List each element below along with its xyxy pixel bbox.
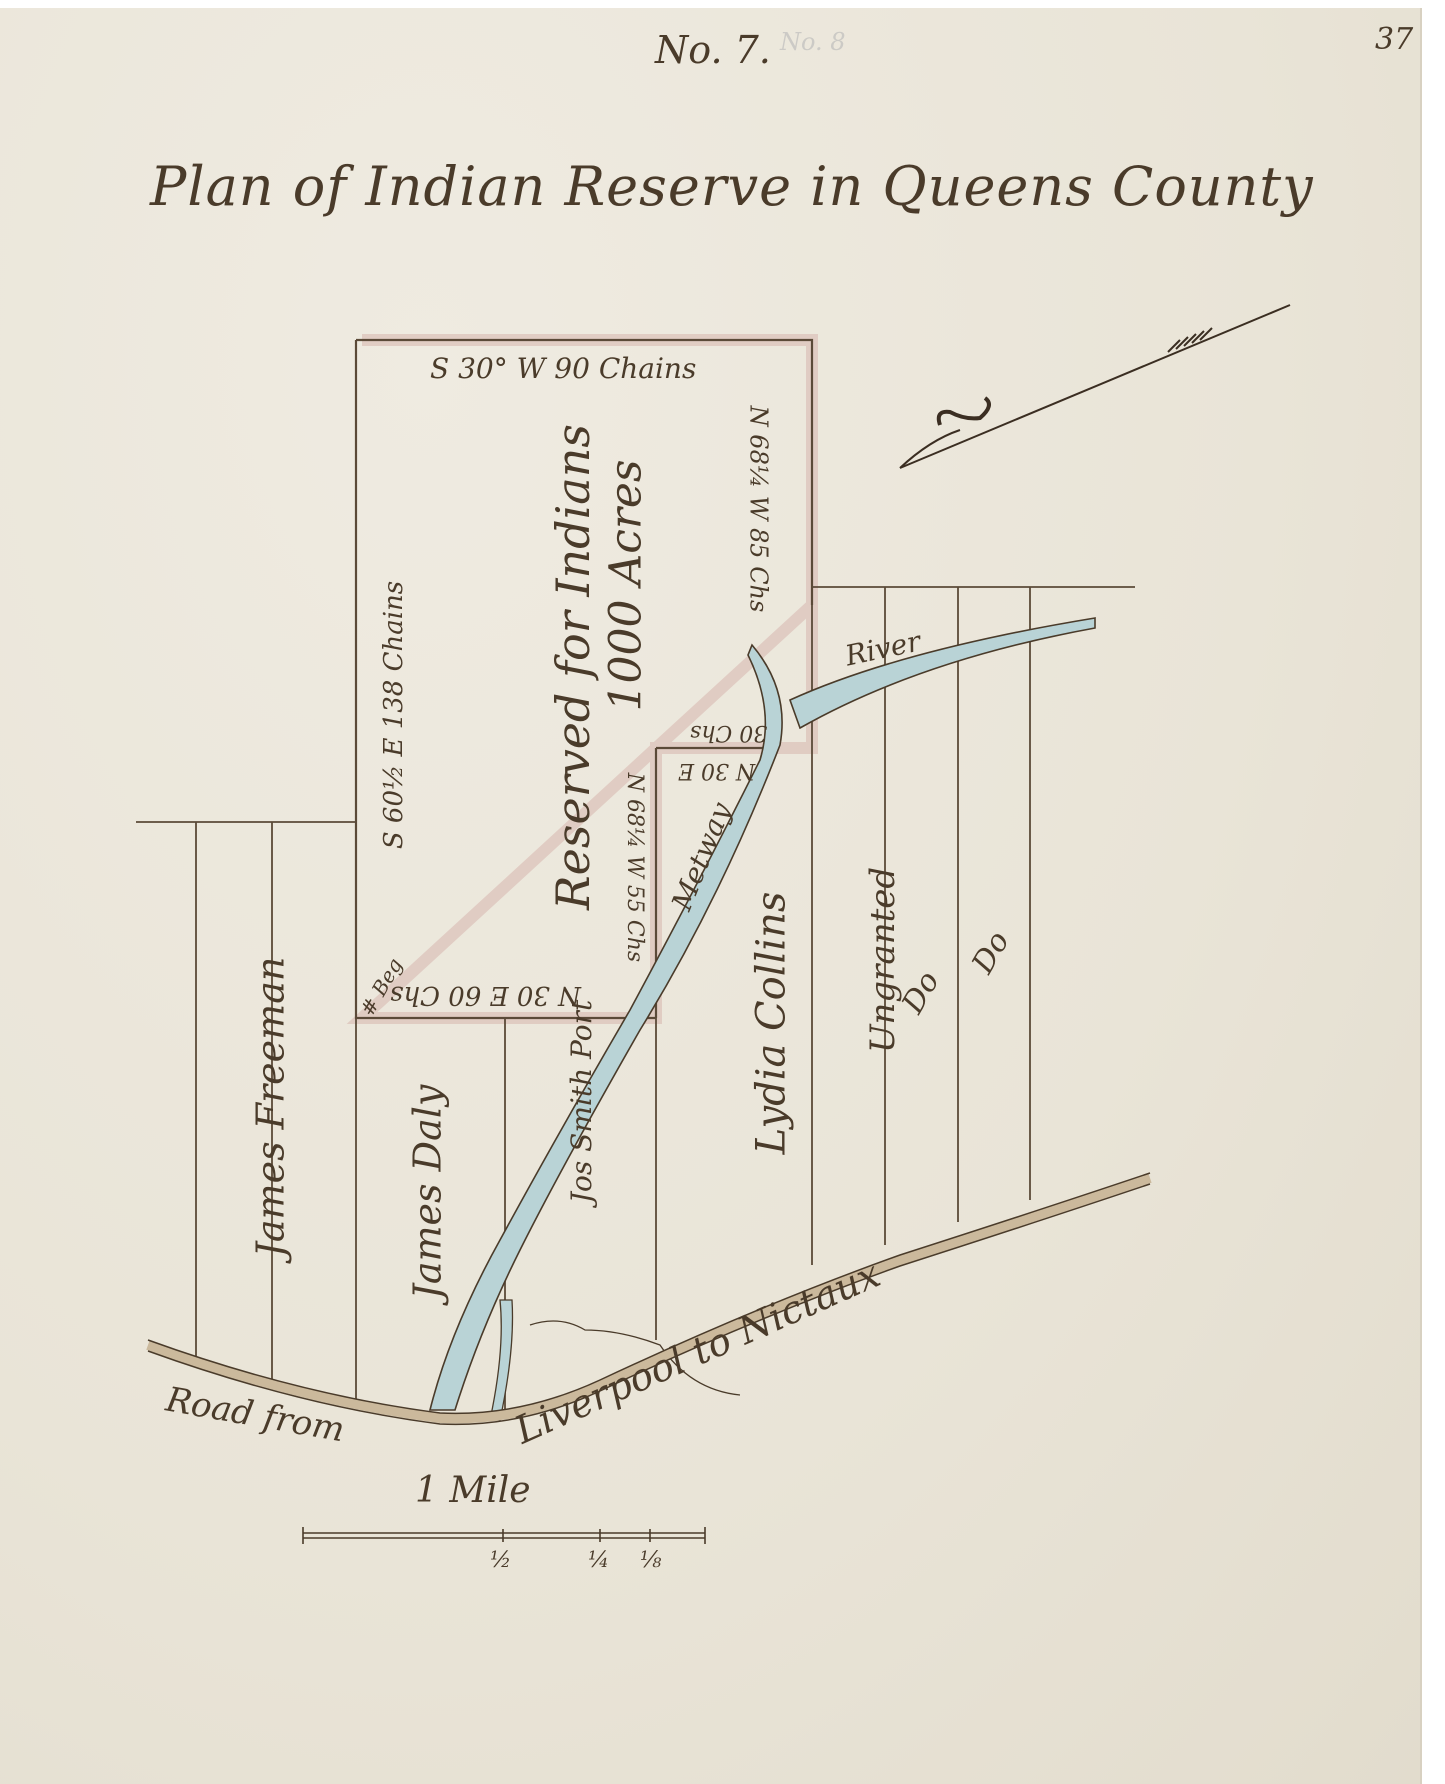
bearing-south: N 30 E 60 Chs	[390, 980, 581, 1010]
north-arrow-icon	[900, 305, 1290, 468]
scale-label: 1 Mile	[415, 1470, 531, 1511]
bearing-notch-side: N 68¼ W 55 Chs	[622, 773, 647, 962]
scale-tick-eighth: ⅛	[640, 1548, 661, 1573]
lot-james-daly: James Daly	[405, 1085, 449, 1300]
lot-james-freeman: James Freeman	[248, 957, 292, 1258]
bearing-east: N 68¼ W 85 Chs	[744, 406, 772, 613]
scale-bar	[303, 1527, 705, 1544]
lot-lydia-collins: Lydia Collins	[748, 892, 794, 1155]
bearing-notch-inner: N 30 E	[678, 758, 755, 783]
scale-tick-quarter: ¼	[588, 1548, 609, 1573]
plan-number: No. 7.	[655, 28, 771, 72]
folio-number: 37	[1375, 22, 1413, 57]
map-drawing	[0, 0, 1445, 1784]
bearing-north: S 30° W 90 Chains	[430, 352, 696, 385]
reserve-label: Reserved for Indians	[546, 424, 600, 910]
faint-pencil-number: No. 8	[780, 28, 846, 56]
lot-ungranted: Ungranted	[863, 867, 903, 1053]
lot-jos-smith-port: Jos Smith Port	[565, 1000, 598, 1203]
bearing-west: S 60½ E 138 Chains	[379, 581, 409, 849]
reserve-acreage: 1000 Acres	[601, 459, 652, 711]
bearing-notch-top: 30 Chs	[690, 720, 767, 745]
scale-tick-half: ½	[490, 1548, 511, 1573]
map-title: Plan of Indian Reserve in Queens County	[150, 155, 1314, 218]
